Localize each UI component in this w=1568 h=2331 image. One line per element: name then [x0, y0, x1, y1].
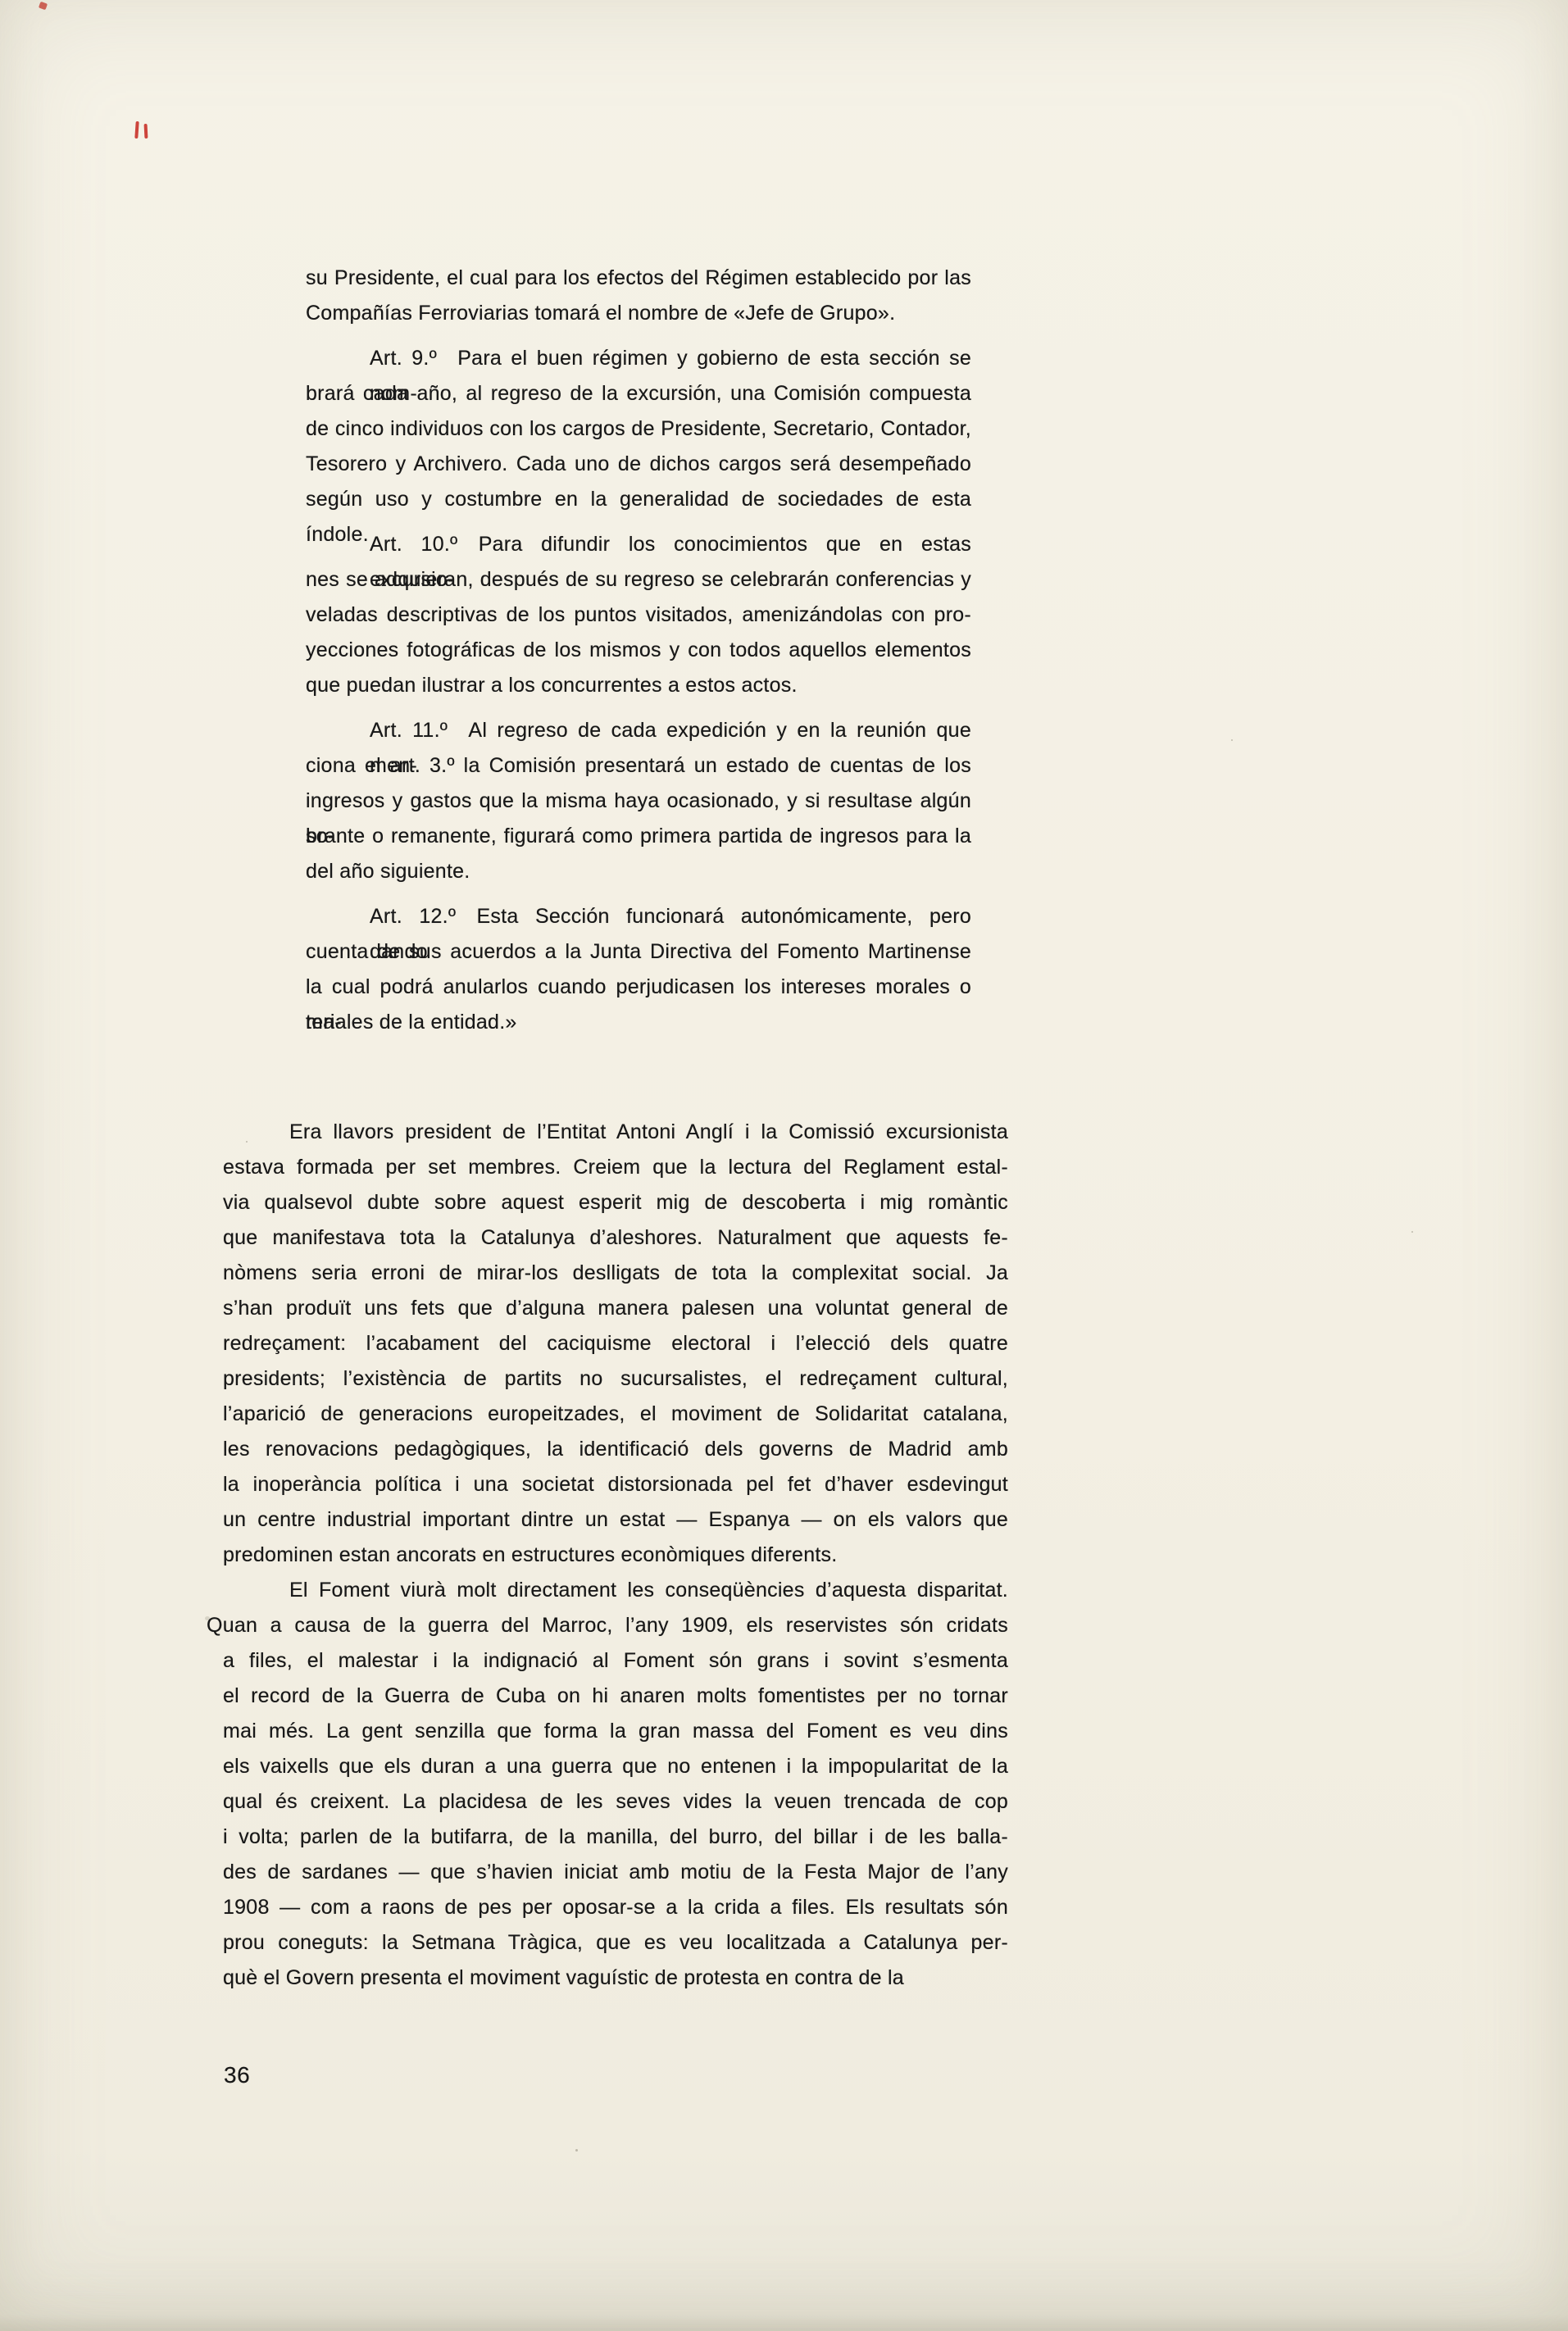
article-paragraph: Art. 9.º Para el buen régimen y gobierno…	[306, 341, 971, 517]
paragraph: El Foment viurà molt directament les con…	[223, 1573, 1008, 1996]
article-paragraph: Art. 12.º Esta Sección funcionará autonó…	[306, 899, 971, 1040]
text-line: según uso y costumbre en la generalidad …	[306, 482, 971, 517]
text-line: el record de la Guerra de Cuba on hi ana…	[223, 1679, 1008, 1714]
text-line: les renovacions pedagògiques, la identif…	[223, 1432, 1008, 1467]
text-line: su Presidente, el cual para los efectos …	[306, 261, 971, 296]
text-line: 1908 — com a raons de pes per oposar-se …	[223, 1890, 1008, 1925]
text-line: Tesorero y Archivero. Cada uno de dichos…	[306, 447, 971, 482]
text-line: l’aparició de generacions europeitzades,…	[223, 1397, 1008, 1432]
text-line: Art. 11.º Al regreso de cada expedición …	[306, 713, 971, 748]
text-line: del año siguiente.	[306, 854, 971, 889]
text-line: prou coneguts: la Setmana Tràgica, que e…	[223, 1925, 1008, 1961]
scan-bottom-edge	[0, 2315, 1568, 2331]
text-line: qual és creixent. La placidesa de les se…	[223, 1784, 1008, 1820]
text-line: a files, el malestar i la indignació al …	[223, 1643, 1008, 1679]
text-line: de cinco individuos con los cargos de Pr…	[306, 411, 971, 447]
text-line: mai més. La gent senzilla que forma la g…	[223, 1714, 1008, 1749]
paragraph: Era llavors president de l’Entitat Anton…	[223, 1115, 1008, 1573]
text-line: Art. 12.º Esta Sección funcionará autonó…	[306, 899, 971, 934]
text-line: els vaixells que els duran a una guerra …	[223, 1749, 1008, 1784]
text-line: s’han produït uns fets que d’alguna mane…	[223, 1291, 1008, 1326]
red-pen-speck	[39, 2, 48, 11]
text-line: Era llavors president de l’Entitat Anton…	[223, 1115, 1008, 1150]
text-line: que manifestava tota la Catalunya d’ales…	[223, 1220, 1008, 1256]
text-line: teriales de la entidad.»	[306, 1005, 971, 1040]
dust-speck	[1411, 1231, 1413, 1233]
text-line: ciona el art. 3.º la Comisión presentará…	[306, 748, 971, 784]
text-line: veladas descriptivas de los puntos visit…	[306, 598, 971, 633]
text-line: redreçament: l’acabament del caciquisme …	[223, 1326, 1008, 1361]
catalan-body-text-block: Era llavors president de l’Entitat Anton…	[223, 1115, 1008, 1996]
article-paragraph: Art. 10.º Para difundir los conocimiento…	[306, 527, 971, 703]
text-line: la cual podrá anularlos cuando perjudica…	[306, 970, 971, 1005]
page-number: 36	[224, 2059, 250, 2092]
text-line: brante o remanente, figurará como primer…	[306, 819, 971, 854]
text-line: cuenta de sus acuerdos a la Junta Direct…	[306, 934, 971, 970]
text-line: un centre industrial important dintre un…	[223, 1502, 1008, 1538]
dust-speck	[575, 2149, 578, 2152]
book-page-scan: su Presidente, el cual para los efectos …	[0, 0, 1568, 2331]
text-line: Quan a causa de la guerra del Marroc, l’…	[207, 1608, 1008, 1643]
red-pen-speck	[134, 121, 139, 139]
text-line: nòmens seria erroni de mirar-los desllig…	[223, 1256, 1008, 1291]
dust-speck	[1231, 739, 1233, 741]
text-line: yecciones fotográficas de los mismos y c…	[306, 633, 971, 668]
text-line: Compañías Ferroviarias tomará el nombre …	[306, 296, 971, 331]
article-paragraph: Art. 11.º Al regreso de cada expedición …	[306, 713, 971, 889]
text-line: des de sardanes — que s’havien iniciat a…	[223, 1855, 1008, 1890]
text-line: i volta; parlen de la butifarra, de la m…	[223, 1820, 1008, 1855]
text-line: estava formada per set membres. Creiem q…	[223, 1150, 1008, 1185]
red-pen-speck	[144, 124, 148, 139]
text-line: què el Govern presenta el moviment vaguí…	[223, 1961, 1008, 1996]
text-line: Art. 9.º Para el buen régimen y gobierno…	[306, 341, 971, 376]
reglament-quote-block: su Presidente, el cual para los efectos …	[306, 261, 971, 1040]
text-line: predominen estan ancorats en estructures…	[223, 1538, 1008, 1573]
text-line: brará cada año, al regreso de la excursi…	[306, 376, 971, 411]
text-line: Art. 10.º Para difundir los conocimiento…	[306, 527, 971, 562]
text-line: ingresos y gastos que la misma haya ocas…	[306, 784, 971, 819]
text-line: presidents; l’existència de partits no s…	[223, 1361, 1008, 1397]
text-line: El Foment viurà molt directament les con…	[223, 1573, 1008, 1608]
text-line: via qualsevol dubte sobre aquest esperit…	[223, 1185, 1008, 1220]
text-line: nes se adquieran, después de su regreso …	[306, 562, 971, 598]
paragraph: su Presidente, el cual para los efectos …	[306, 261, 971, 331]
text-line: la inoperància política i una societat d…	[223, 1467, 1008, 1502]
text-line: que puedan ilustrar a los concurrentes a…	[306, 668, 971, 703]
